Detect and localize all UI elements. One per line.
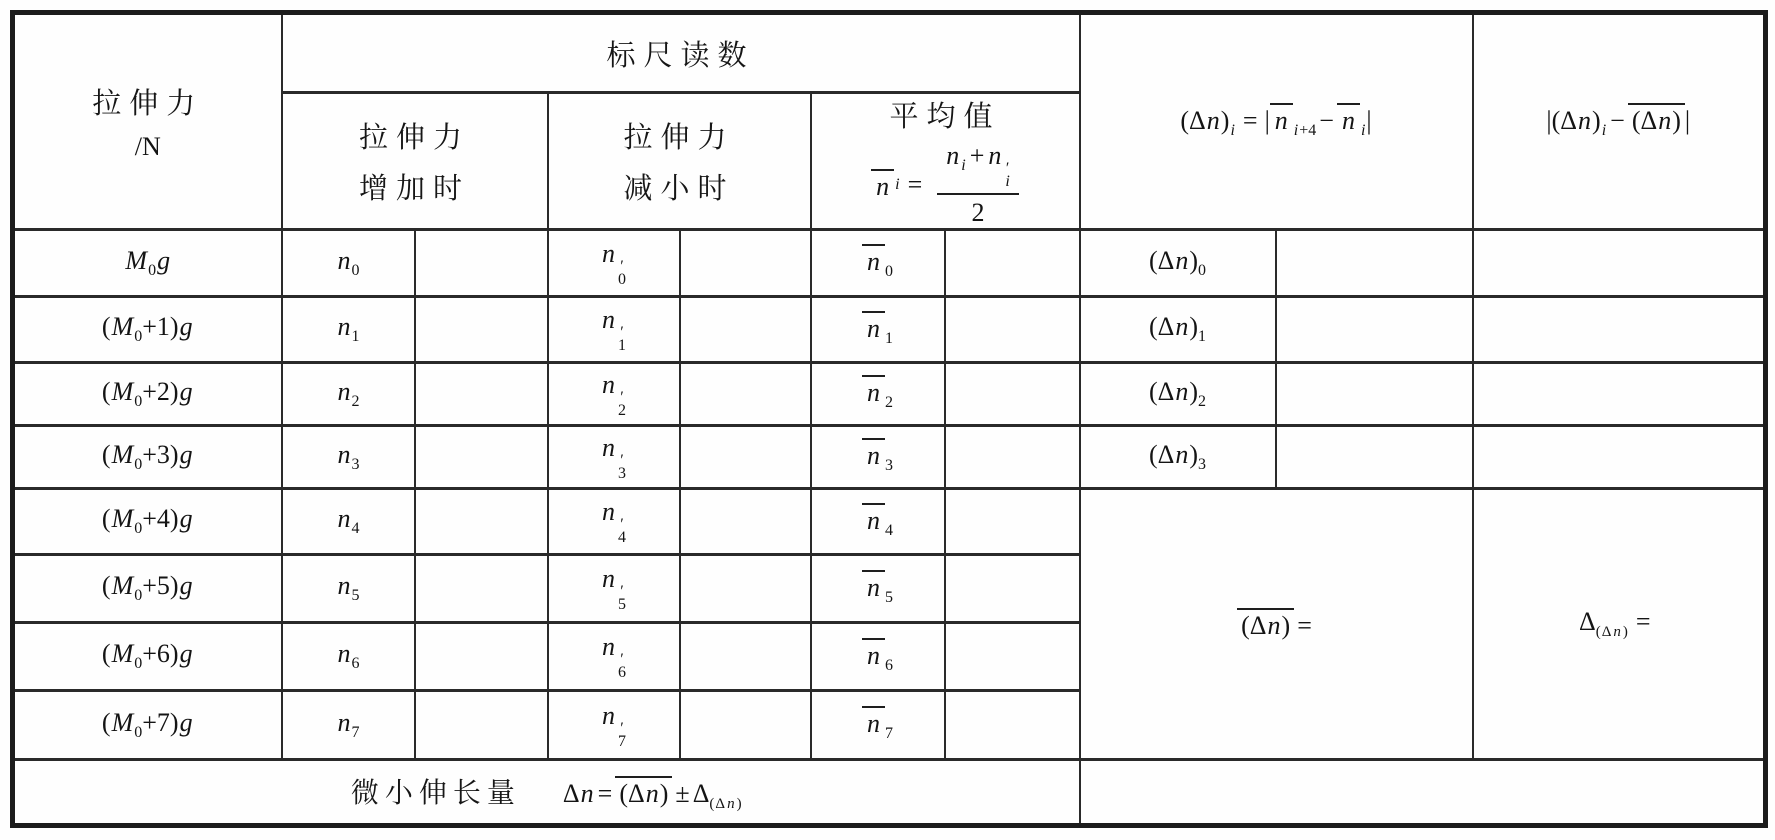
- dn-symbol: (Δn)2: [1149, 377, 1206, 406]
- sub-idx: 3: [885, 458, 893, 475]
- sym-g: g: [179, 571, 194, 600]
- sym-n: n: [337, 440, 352, 469]
- avg-fraction: ni+n′i2: [937, 141, 1019, 228]
- force-increment: +2: [142, 377, 170, 406]
- cell-n-label-r0: n0: [282, 230, 415, 297]
- cell-nprime-label-r2: n′2: [548, 363, 680, 426]
- average-header-text: 平均值 ni=ni+n′i2: [871, 94, 1019, 228]
- paren: (: [102, 708, 111, 737]
- cell-dn-mean: (Δn)=: [1080, 489, 1473, 760]
- cell-force-r2: (M0+2)g: [13, 363, 282, 426]
- cell-n-label-r5: n5: [282, 555, 415, 623]
- sub-idx: 4: [618, 530, 626, 546]
- nbar: n: [871, 169, 894, 200]
- cell-n-label-r4: n4: [282, 489, 415, 555]
- paren: (: [102, 440, 111, 469]
- header-dn-formula: (Δn)i=|ni+4−ni|: [1080, 13, 1473, 230]
- paren: (: [1149, 377, 1158, 406]
- cell-dn-value-r2: [1276, 363, 1473, 426]
- cell-n-label-r2: n2: [282, 363, 415, 426]
- n-symbol: n2: [337, 377, 360, 406]
- nbar-symbol: n6: [862, 641, 893, 670]
- increase-line2: 增加时: [359, 166, 470, 207]
- dn-formula: (Δn)i=|ni+4−ni|: [1180, 106, 1371, 135]
- sym-n: n: [1174, 377, 1189, 406]
- sym-delta: Δ: [1602, 624, 1613, 640]
- sym-n: n: [337, 639, 352, 668]
- sym-delta: Δ: [1189, 106, 1206, 135]
- cell-nbar-value-r6: [945, 623, 1080, 691]
- sym-n: n: [866, 247, 881, 276]
- sym-n: n: [580, 779, 595, 808]
- cell-n-value-r4: [415, 489, 548, 555]
- average-title: 平均值: [889, 94, 1000, 135]
- nbar: n: [1337, 103, 1360, 134]
- nprime-symbol: n′2: [601, 370, 626, 399]
- elongation-formula: 微小伸长量Δn=(Δn)±Δ(Δn): [351, 779, 743, 808]
- sub-idx: 3: [1198, 456, 1206, 473]
- cell-nbar-value-r1: [945, 297, 1080, 363]
- minus: −: [1610, 106, 1625, 135]
- dn-symbol: (Δn)0: [1149, 246, 1206, 275]
- sub-i-char: i: [960, 157, 966, 174]
- nbar-symbol: n4: [862, 506, 893, 535]
- paren: ): [170, 440, 179, 469]
- cell-nbar-value-r0: [945, 230, 1080, 297]
- sub-i-char: i: [894, 176, 900, 193]
- lab-data-table: 拉伸力 /N 标尺读数 (Δn)i=|ni+4−ni| |(Δn)i−(Δn)|…: [10, 10, 1768, 828]
- sym-g: g: [179, 639, 194, 668]
- n-symbol: n1: [337, 312, 360, 341]
- force-label: (M0+1)g: [102, 312, 194, 341]
- cell-nbar-label-r6: n6: [811, 623, 945, 691]
- paren: ): [1672, 106, 1681, 135]
- cell-nprime-value-r1: [680, 297, 811, 363]
- sym-n: n: [601, 701, 616, 730]
- cell-nprime-label-r0: n′0: [548, 230, 680, 297]
- cell-dn-label-r0: (Δn)0: [1080, 230, 1276, 297]
- equals: =: [1297, 611, 1312, 640]
- sub-idx: 0: [618, 272, 626, 288]
- sym-n: n: [866, 441, 881, 470]
- force-increment: +7: [142, 708, 170, 737]
- sub-idx: 7: [352, 724, 360, 741]
- dn-mean-formula: (Δn)=: [1237, 611, 1315, 640]
- nbar: n: [862, 638, 885, 669]
- sub-i: i: [894, 176, 900, 194]
- sym-M: M: [111, 571, 135, 600]
- sub-idx: 2: [1198, 393, 1206, 410]
- cell-nbar-label-r3: n3: [811, 426, 945, 489]
- paren: (: [1149, 440, 1158, 469]
- cell-n-value-r6: [415, 623, 548, 691]
- sym-n: n: [601, 305, 616, 334]
- decrease-header-text: 拉伸力 减小时: [623, 115, 734, 207]
- cell-dn-value-r1: [1276, 297, 1473, 363]
- sym-delta: Δ: [693, 779, 710, 808]
- force-header-text: 拉伸力 /N: [92, 81, 203, 162]
- sym-n: n: [337, 377, 352, 406]
- nprime-symbol: n′5: [601, 564, 626, 593]
- cell-nprime-value-r2: [680, 363, 811, 426]
- sym-M: M: [124, 246, 148, 275]
- cell-n-label-r7: n7: [282, 691, 415, 760]
- prime-sub-stack: ′i: [1004, 161, 1010, 190]
- cell-n-value-r7: [415, 691, 548, 760]
- cell-nbar-value-r2: [945, 363, 1080, 426]
- sym-n: n: [726, 796, 737, 812]
- paren: ): [170, 504, 179, 533]
- cell-n-value-r5: [415, 555, 548, 623]
- paren: ): [1189, 377, 1198, 406]
- cell-absdev-value-r2: [1473, 363, 1766, 426]
- n-symbol: n0: [337, 246, 360, 275]
- paren: ): [1189, 440, 1198, 469]
- header-average: 平均值 ni=ni+n′i2: [811, 93, 1080, 230]
- force-increment: +3: [142, 440, 170, 469]
- nprime-symbol: n′4: [601, 497, 626, 526]
- sym-delta: Δ: [628, 779, 645, 808]
- sym-n: n: [1577, 106, 1592, 135]
- paren: (: [1241, 611, 1250, 640]
- sub-idx: 0: [1198, 262, 1206, 279]
- cell-n-label-r3: n3: [282, 426, 415, 489]
- sym-delta: Δ: [1250, 611, 1267, 640]
- header-abs-dev-formula: |(Δn)i−(Δn)|: [1473, 13, 1766, 230]
- cell-delta-dn: Δ(Δn)=: [1473, 489, 1766, 760]
- sym-n: n: [337, 571, 352, 600]
- sub-i4: i+4: [1293, 122, 1316, 139]
- prime-mark: ′: [620, 390, 624, 403]
- sym-g: g: [179, 708, 194, 737]
- sym-n: n: [987, 141, 1002, 170]
- sym-delta: Δ: [1158, 312, 1175, 341]
- cell-nprime-value-r3: [680, 426, 811, 489]
- nprime-symbol: n′1: [601, 305, 626, 334]
- cell-nbar-label-r0: n0: [811, 230, 945, 297]
- nbar-symbol: n1: [862, 314, 893, 343]
- paren: (: [102, 504, 111, 533]
- sub-idx: 1: [352, 329, 360, 346]
- sub-idx: 3: [618, 466, 626, 482]
- sub-idx: 3: [352, 456, 360, 473]
- force-label: (M0+4)g: [102, 504, 194, 533]
- force-unit: /N: [135, 132, 161, 162]
- increase-header-text: 拉伸力 增加时: [359, 115, 470, 207]
- sym-n: n: [601, 632, 616, 661]
- sub-i-char: i: [1601, 122, 1607, 139]
- sub-idx: 6: [352, 656, 360, 673]
- prime-sub-stack: ′2: [618, 390, 626, 419]
- sub-idx: 4: [352, 521, 360, 538]
- sub-idx: 7: [885, 726, 893, 743]
- sub-i: i: [960, 157, 966, 174]
- paren: (: [1149, 312, 1158, 341]
- decrease-line1: 拉伸力: [623, 115, 734, 156]
- force-label: (M0+5)g: [102, 571, 194, 600]
- paren: (: [1552, 106, 1561, 135]
- sub-idx: 7: [618, 734, 626, 750]
- nprime-symbol: n′6: [601, 632, 626, 661]
- cell-nprime-value-r0: [680, 230, 811, 297]
- sym-M: M: [111, 312, 135, 341]
- cell-nbar-value-r5: [945, 555, 1080, 623]
- paren: ): [1623, 624, 1629, 640]
- nbar: n: [862, 438, 885, 469]
- sym-n: n: [866, 573, 881, 602]
- cell-absdev-value-r0: [1473, 230, 1766, 297]
- paren: ): [1189, 246, 1198, 275]
- sym-g: g: [179, 504, 194, 533]
- nbar: n: [862, 375, 885, 406]
- sym-n: n: [601, 370, 616, 399]
- nbar-symbol: n5: [862, 573, 893, 602]
- n-symbol: n5: [337, 571, 360, 600]
- force-increment: +4: [142, 504, 170, 533]
- paren: (: [619, 779, 628, 808]
- micro-elongation-label: 微小伸长量: [351, 778, 521, 809]
- sub-idx: 6: [885, 657, 893, 674]
- sym-n: n: [1612, 624, 1623, 640]
- increase-line1: 拉伸力: [359, 115, 470, 156]
- cell-nprime-label-r1: n′1: [548, 297, 680, 363]
- force-increment: +1: [142, 312, 170, 341]
- sym-n: n: [1274, 106, 1289, 135]
- sym-n: n: [1174, 312, 1189, 341]
- paren: ): [1282, 611, 1291, 640]
- paren: (: [102, 377, 111, 406]
- sym-M: M: [111, 377, 135, 406]
- nbar: n: [862, 503, 885, 534]
- prime-mark: ′: [620, 259, 624, 272]
- abs-dev-formula: |(Δn)i−(Δn)|: [1546, 106, 1690, 135]
- cell-n-value-r2: [415, 363, 548, 426]
- force-label: (M0+2)g: [102, 377, 194, 406]
- sym-n: n: [601, 239, 616, 268]
- sym-delta: Δ: [1158, 246, 1175, 275]
- cell-nprime-value-r5: [680, 555, 811, 623]
- sub-idx: 5: [885, 589, 893, 606]
- dn-mean-overline: (Δn): [1237, 608, 1294, 639]
- sym-n: n: [945, 141, 960, 170]
- cell-nbar-label-r1: n1: [811, 297, 945, 363]
- sub-idx: 0: [885, 264, 893, 281]
- cell-elongation-formula: 微小伸长量Δn=(Δn)±Δ(Δn): [13, 760, 1080, 826]
- cell-nprime-value-r4: [680, 489, 811, 555]
- paren: ): [170, 571, 179, 600]
- cell-force-r5: (M0+5)g: [13, 555, 282, 623]
- equals: =: [908, 170, 923, 200]
- cell-force-r3: (M0+3)g: [13, 426, 282, 489]
- abs-bar: |: [1685, 106, 1690, 135]
- sub-idx: 2: [885, 395, 893, 412]
- header-force: 拉伸力 /N: [13, 13, 282, 230]
- n-symbol: n3: [337, 440, 360, 469]
- dn-symbol: (Δn)1: [1149, 312, 1206, 341]
- sym-delta: Δ: [1640, 106, 1657, 135]
- minus: −: [1319, 106, 1334, 135]
- sym-n: n: [1174, 246, 1189, 275]
- prime-mark: ′: [620, 453, 624, 466]
- sym-n: n: [1206, 106, 1221, 135]
- cell-nbar-label-r4: n4: [811, 489, 945, 555]
- fraction-denominator: 2: [937, 193, 1019, 228]
- sym-delta: Δ: [563, 779, 580, 808]
- sym-M: M: [111, 708, 135, 737]
- equals: =: [1243, 106, 1258, 135]
- sub-plus4: +4: [1299, 122, 1316, 139]
- sym-g: g: [156, 246, 171, 275]
- dn-mean-overline: (Δn): [615, 776, 672, 807]
- sub-idx: 6: [618, 665, 626, 681]
- cell-nprime-value-r7: [680, 691, 811, 760]
- header-force-increase: 拉伸力 增加时: [282, 93, 548, 230]
- nbar: n: [862, 244, 885, 275]
- header-scale-reading: 标尺读数: [282, 13, 1080, 93]
- nbar-symbol: n2: [862, 378, 893, 407]
- force-label: (M0+7)g: [102, 708, 194, 737]
- sym-M: M: [111, 639, 135, 668]
- force-label: M0g: [124, 246, 171, 275]
- sym-delta: Δ: [1158, 377, 1175, 406]
- sub-idx: 2: [352, 393, 360, 410]
- cell-nbar-label-r5: n5: [811, 555, 945, 623]
- sym-n: n: [866, 709, 881, 738]
- cell-dn-label-r1: (Δn)1: [1080, 297, 1276, 363]
- cell-dn-value-r3: [1276, 426, 1473, 489]
- prime-sub-stack: ′7: [618, 721, 626, 750]
- sym-n: n: [601, 433, 616, 462]
- paren: ): [170, 708, 179, 737]
- nbar-symbol: n7: [862, 709, 893, 738]
- paren: ): [170, 377, 179, 406]
- nprime-symbol: n′3: [601, 433, 626, 462]
- n-symbol: n4: [337, 504, 360, 533]
- sym-g: g: [179, 312, 194, 341]
- plus-minus: ±: [675, 779, 689, 808]
- cell-force-r0: M0g: [13, 230, 282, 297]
- cell-n-value-r1: [415, 297, 548, 363]
- sym-n: n: [337, 312, 352, 341]
- sym-n: n: [1174, 440, 1189, 469]
- n-symbol: n6: [337, 639, 360, 668]
- cell-nprime-label-r5: n′5: [548, 555, 680, 623]
- sub-idx: 5: [618, 597, 626, 613]
- sym-n: n: [601, 564, 616, 593]
- cell-n-value-r3: [415, 426, 548, 489]
- paren: (: [1149, 246, 1158, 275]
- sub-idx: 5: [352, 588, 360, 605]
- dn-mean-overline: (Δn): [1628, 103, 1685, 134]
- cell-nbar-value-r4: [945, 489, 1080, 555]
- prime-sub-stack: ′3: [618, 453, 626, 482]
- sub-i: i: [1229, 122, 1235, 139]
- paren: ): [737, 796, 743, 812]
- sym-delta: Δ: [1579, 607, 1596, 636]
- sub-i-char: i: [1004, 174, 1010, 190]
- sym-n: n: [337, 246, 352, 275]
- sym-n: n: [337, 708, 352, 737]
- sym-n: n: [866, 378, 881, 407]
- scale-reading-title: 标尺读数: [606, 40, 754, 72]
- cell-n-label-r1: n1: [282, 297, 415, 363]
- sub-idx: 1: [885, 330, 893, 347]
- sub-idx: 1: [618, 338, 626, 354]
- nprime-symbol: n′7: [601, 701, 626, 730]
- paren: ): [1592, 106, 1601, 135]
- sym-n: n: [1657, 106, 1672, 135]
- equals: =: [598, 779, 613, 808]
- cell-nbar-label-r7: n7: [811, 691, 945, 760]
- cell-dn-label-r2: (Δn)2: [1080, 363, 1276, 426]
- fraction-numerator: ni+n′i: [937, 141, 1019, 193]
- n-symbol: n7: [337, 708, 360, 737]
- prime-sub-stack: ′5: [618, 584, 626, 613]
- sub-idx: 2: [618, 403, 626, 419]
- sub-idx: 0: [352, 262, 360, 279]
- sym-n: n: [866, 641, 881, 670]
- sym-n: n: [1341, 106, 1356, 135]
- cell-nprime-label-r7: n′7: [548, 691, 680, 760]
- nbar-symbol: n3: [862, 441, 893, 470]
- sym-n: n: [645, 779, 660, 808]
- sub-dn: (Δn): [1596, 624, 1629, 640]
- nbar: n: [862, 570, 885, 601]
- paren: (: [102, 571, 111, 600]
- abs-bar: |: [1366, 106, 1371, 135]
- sym-n: n: [866, 314, 881, 343]
- paren: ): [170, 312, 179, 341]
- plus: +: [970, 141, 985, 170]
- paren: (: [102, 639, 111, 668]
- cell-dn-label-r3: (Δn)3: [1080, 426, 1276, 489]
- sub-dn: (Δn): [709, 796, 742, 812]
- force-increment: +5: [142, 571, 170, 600]
- nprime-symbol: n′0: [601, 239, 626, 268]
- cell-dn-value-r0: [1276, 230, 1473, 297]
- header-force-decrease: 拉伸力 减小时: [548, 93, 811, 230]
- equals: =: [1636, 607, 1651, 636]
- prime-sub-stack: ′4: [618, 517, 626, 546]
- cell-nprime-label-r3: n′3: [548, 426, 680, 489]
- sub-idx: 1: [1198, 329, 1206, 346]
- cell-n-value-r0: [415, 230, 548, 297]
- nbar: n: [862, 706, 885, 737]
- nbar: n: [1270, 103, 1293, 134]
- sym-delta: Δ: [715, 796, 726, 812]
- paren: ): [1189, 312, 1198, 341]
- prime-sub-stack: ′6: [618, 652, 626, 681]
- prime-sub-stack: ′1: [618, 325, 626, 354]
- cell-nprime-value-r6: [680, 623, 811, 691]
- sym-n: n: [337, 504, 352, 533]
- cell-nbar-label-r2: n2: [811, 363, 945, 426]
- sym-g: g: [179, 377, 194, 406]
- sub-idx: 4: [885, 522, 893, 539]
- delta-dn-formula: Δ(Δn)=: [1579, 607, 1658, 636]
- cell-nbar-value-r3: [945, 426, 1080, 489]
- cell-absdev-value-r3: [1473, 426, 1766, 489]
- cell-nprime-label-r6: n′6: [548, 623, 680, 691]
- sym-delta: Δ: [1158, 440, 1175, 469]
- sub-i-char: i: [1229, 122, 1235, 139]
- avg-formula: ni=ni+n′i2: [871, 141, 1019, 228]
- sym-g: g: [179, 440, 194, 469]
- nbar-symbol: n0: [862, 247, 893, 276]
- sym-n: n: [875, 172, 890, 201]
- sym-n: n: [866, 506, 881, 535]
- paren: (: [1180, 106, 1189, 135]
